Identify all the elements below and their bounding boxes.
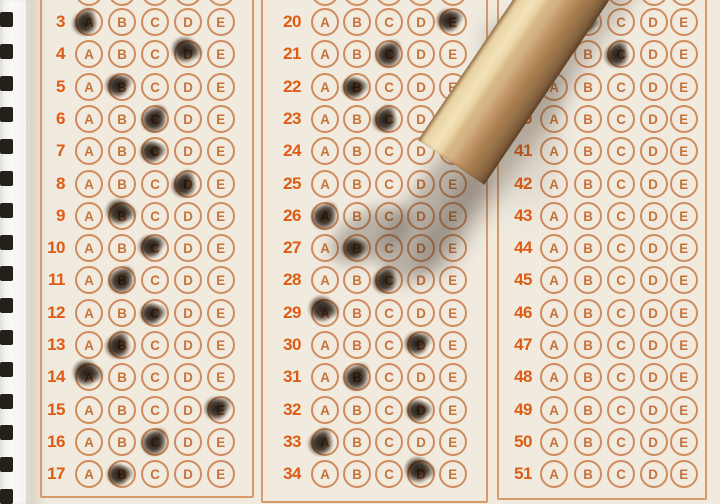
answer-sheet-photo: 3ABCDE4ABCDE5ABCDE6ABCDE7ABCDE8ABCDE9ABC…	[0, 0, 720, 504]
bubble-option-e: E	[439, 460, 467, 488]
bubble-letter: C	[384, 435, 394, 449]
bubble-option-d: D	[640, 428, 668, 456]
bubble-option-e: E	[670, 8, 698, 36]
question-number: 8	[19, 173, 65, 195]
bubble-letter: B	[352, 306, 362, 320]
bubble-letter: E	[680, 403, 689, 417]
bubble-letter: B	[583, 338, 593, 352]
bubble-letter: C	[616, 273, 626, 287]
bubble-letter: D	[649, 209, 659, 223]
bubble-option-c: C	[607, 170, 635, 198]
bubble-letter: B	[117, 403, 127, 417]
bubble-option-a: A	[540, 170, 568, 198]
bubble-letter: C	[616, 403, 626, 417]
bubble-option-b: B	[343, 8, 371, 36]
bubble-option-b: B	[343, 331, 371, 359]
bubble-letter: A	[549, 209, 559, 223]
bubble-option-b: B	[574, 234, 602, 262]
bubble-letter: C	[616, 15, 626, 29]
bubble-option-d: D	[640, 460, 668, 488]
bubble-option-b: B	[574, 202, 602, 230]
bubble-letter: B	[352, 338, 362, 352]
bubble-option-d: D	[174, 73, 202, 101]
bubble-letter: D	[649, 273, 659, 287]
question-number: 42	[486, 173, 532, 195]
bubble-letter: E	[217, 177, 226, 191]
bubble-option-b: B	[108, 105, 136, 133]
bubble-letter: B	[352, 112, 362, 126]
bubble-option-d: D	[640, 40, 668, 68]
bubble-option-c: C	[375, 137, 403, 165]
bubble-option-b: B	[108, 170, 136, 198]
question-number: 47	[486, 334, 532, 356]
bubble-letter: E	[217, 435, 226, 449]
bubble-letter: E	[449, 338, 458, 352]
bubble-letter: D	[183, 15, 193, 29]
bubble-letter: E	[217, 47, 226, 61]
question-number: 15	[19, 399, 65, 421]
bubble-option-c: C	[375, 8, 403, 36]
bubble-option-d: D	[640, 73, 668, 101]
bubble-letter: A	[84, 306, 94, 320]
question-number: 43	[486, 205, 532, 227]
bubble-letter: B	[583, 80, 593, 94]
bubble-letter: C	[150, 273, 160, 287]
bubble-option-e: E	[670, 202, 698, 230]
bubble-option-e: E	[207, 460, 235, 488]
question-number: 48	[486, 366, 532, 388]
question-number: 24	[255, 140, 301, 162]
question-number: 46	[486, 302, 532, 324]
bubble-option-b: B	[343, 299, 371, 327]
bubble-letter: A	[84, 144, 94, 158]
bubble-letter: D	[183, 338, 193, 352]
bubble-option-e: E	[207, 73, 235, 101]
question-number: 9	[19, 205, 65, 227]
bubble-option-d: D	[640, 234, 668, 262]
bubble-option-b: B	[343, 170, 371, 198]
question-number: 7	[19, 140, 65, 162]
bubble-option-b: B	[343, 396, 371, 424]
question-number: 30	[255, 334, 301, 356]
bubble-letter: C	[616, 306, 626, 320]
question-number: 21	[255, 43, 301, 65]
timing-mark	[0, 139, 13, 154]
bubble-option-c: C	[607, 73, 635, 101]
bubble-letter: D	[649, 177, 659, 191]
bubble-letter: B	[583, 306, 593, 320]
bubble-letter: C	[384, 338, 394, 352]
bubble-option-a: A	[540, 234, 568, 262]
bubble-option-a: A	[311, 137, 339, 165]
bubble-letter: D	[649, 47, 659, 61]
bubble-option-d: D	[174, 299, 202, 327]
bubble-letter: D	[416, 47, 426, 61]
bubble-option-a: A	[540, 396, 568, 424]
bubble-letter: C	[616, 435, 626, 449]
bubble-letter: A	[320, 403, 330, 417]
bubble-option-a: A	[311, 105, 339, 133]
bubble-option-a: A	[540, 105, 568, 133]
bubble-letter: A	[549, 112, 559, 126]
question-number: 32	[255, 399, 301, 421]
question-number: 49	[486, 399, 532, 421]
bubble-option-c: C	[141, 202, 169, 230]
bubble-option-e: E	[670, 105, 698, 133]
question-number: 17	[19, 463, 65, 485]
bubble-option-a: A	[311, 460, 339, 488]
bubble-letter: B	[117, 177, 127, 191]
bubble-option-e: E	[207, 202, 235, 230]
bubble-letter: D	[416, 435, 426, 449]
bubble-option-e: E	[439, 428, 467, 456]
bubble-letter: C	[150, 338, 160, 352]
bubble-option-d: D	[640, 266, 668, 294]
question-number: 34	[255, 463, 301, 485]
bubble-letter: B	[583, 467, 593, 481]
bubble-letter: A	[84, 403, 94, 417]
bubble-letter: C	[384, 467, 394, 481]
bubble-letter: B	[117, 112, 127, 126]
bubble-letter: A	[549, 177, 559, 191]
bubble-letter: B	[352, 144, 362, 158]
question-number: 51	[486, 463, 532, 485]
bubble-option-a: A	[311, 73, 339, 101]
bubble-letter: C	[616, 144, 626, 158]
bubble-letter: E	[449, 241, 458, 255]
question-number: 14	[19, 366, 65, 388]
bubble-option-d: D	[640, 331, 668, 359]
bubble-letter: E	[449, 306, 458, 320]
bubble-letter: A	[549, 338, 559, 352]
question-number: 50	[486, 431, 532, 453]
bubble-letter: D	[649, 338, 659, 352]
bubble-option-e: E	[207, 105, 235, 133]
bubble-letter: E	[217, 273, 226, 287]
bubble-option-a: A	[75, 105, 103, 133]
bubble-option-d: D	[640, 363, 668, 391]
bubble-letter: E	[680, 338, 689, 352]
bubble-letter: C	[150, 403, 160, 417]
bubble-option-c: C	[607, 428, 635, 456]
bubble-letter: B	[117, 15, 127, 29]
bubble-option-a: A	[75, 460, 103, 488]
bubble-option-a: A	[311, 331, 339, 359]
bubble-letter: D	[649, 370, 659, 384]
bubble-option-d: D	[640, 299, 668, 327]
timing-mark	[0, 107, 13, 122]
bubble-letter: E	[680, 273, 689, 287]
bubble-letter: C	[150, 80, 160, 94]
bubble-letter: A	[84, 80, 94, 94]
bubble-letter: C	[616, 209, 626, 223]
bubble-option-d: D	[174, 331, 202, 359]
bubble-letter: C	[150, 209, 160, 223]
timing-mark	[0, 171, 13, 186]
bubble-letter: B	[583, 144, 593, 158]
bubble-letter: B	[117, 435, 127, 449]
bubble-option-d: D	[640, 170, 668, 198]
bubble-option-b: B	[343, 105, 371, 133]
bubble-letter: A	[84, 273, 94, 287]
bubble-letter: D	[183, 209, 193, 223]
bubble-option-c: C	[141, 8, 169, 36]
bubble-letter: D	[416, 80, 426, 94]
bubble-letter: C	[616, 241, 626, 255]
bubble-option-a: A	[75, 202, 103, 230]
bubble-option-d: D	[174, 234, 202, 262]
bubble-letter: A	[549, 435, 559, 449]
bubble-option-e: E	[439, 331, 467, 359]
question-number: 16	[19, 431, 65, 453]
bubble-letter: D	[416, 370, 426, 384]
bubble-letter: E	[217, 467, 226, 481]
question-number: 31	[255, 366, 301, 388]
bubble-option-b: B	[574, 331, 602, 359]
bubble-option-e: E	[670, 137, 698, 165]
bubble-option-a: A	[75, 396, 103, 424]
bubble-option-a: A	[75, 234, 103, 262]
bubble-letter: E	[217, 370, 226, 384]
bubble-letter: C	[384, 306, 394, 320]
bubble-letter: E	[217, 80, 226, 94]
question-number: 10	[19, 237, 65, 259]
bubble-option-b: B	[108, 137, 136, 165]
bubble-option-e: E	[670, 331, 698, 359]
bubble-letter: D	[649, 306, 659, 320]
bubble-letter: B	[352, 15, 362, 29]
bubble-letter: D	[183, 80, 193, 94]
bubble-option-a: A	[311, 8, 339, 36]
bubble-letter: E	[449, 273, 458, 287]
bubble-letter: A	[320, 241, 330, 255]
question-number: 25	[255, 173, 301, 195]
bubble-option-a: A	[75, 137, 103, 165]
bubble-option-c: C	[375, 460, 403, 488]
bubble-option-d: D	[407, 8, 435, 36]
bubble-letter: E	[680, 467, 689, 481]
bubble-option-c: C	[141, 170, 169, 198]
timing-mark	[0, 266, 13, 281]
question-number: 26	[255, 205, 301, 227]
question-number: 44	[486, 237, 532, 259]
bubble-option-a: A	[311, 234, 339, 262]
bubble-letter: B	[352, 403, 362, 417]
question-number: 3	[19, 11, 65, 33]
bubble-option-a: A	[311, 396, 339, 424]
bubble-letter: C	[384, 403, 394, 417]
question-number: 22	[255, 76, 301, 98]
bubble-letter: A	[84, 47, 94, 61]
bubble-letter: A	[549, 370, 559, 384]
bubble-letter: D	[183, 435, 193, 449]
bubble-letter: D	[416, 306, 426, 320]
bubble-letter: E	[680, 47, 689, 61]
bubble-option-a: A	[75, 428, 103, 456]
bubble-letter: A	[549, 306, 559, 320]
bubble-letter: A	[84, 241, 94, 255]
bubble-letter: E	[680, 306, 689, 320]
bubble-option-b: B	[343, 428, 371, 456]
bubble-letter: E	[449, 435, 458, 449]
bubble-letter: C	[384, 370, 394, 384]
timing-mark	[0, 457, 13, 472]
bubble-option-b: B	[108, 396, 136, 424]
bubble-letter: A	[320, 112, 330, 126]
bubble-letter: B	[352, 209, 362, 223]
bubble-option-a: A	[540, 299, 568, 327]
bubble-option-b: B	[574, 299, 602, 327]
bubble-letter: E	[217, 338, 226, 352]
bubble-letter: B	[352, 435, 362, 449]
bubble-letter: B	[117, 370, 127, 384]
bubble-letter: C	[150, 370, 160, 384]
bubble-option-c: C	[141, 331, 169, 359]
bubble-option-e: E	[207, 137, 235, 165]
bubble-option-e: E	[207, 299, 235, 327]
question-number: 29	[255, 302, 301, 324]
timing-mark	[0, 298, 13, 313]
bubble-option-c: C	[607, 331, 635, 359]
bubble-option-e: E	[439, 299, 467, 327]
bubble-option-d: D	[640, 8, 668, 36]
timing-mark	[0, 330, 13, 345]
question-number: 13	[19, 334, 65, 356]
bubble-letter: A	[320, 144, 330, 158]
bubble-option-d: D	[174, 202, 202, 230]
question-number: 27	[255, 237, 301, 259]
bubble-letter: B	[583, 241, 593, 255]
bubble-option-b: B	[574, 137, 602, 165]
timing-mark	[0, 394, 13, 409]
bubble-letter: A	[549, 273, 559, 287]
bubble-option-e: E	[207, 428, 235, 456]
question-number: 28	[255, 269, 301, 291]
bubble-letter: D	[183, 403, 193, 417]
bubble-option-d: D	[640, 105, 668, 133]
bubble-option-d: D	[174, 428, 202, 456]
bubble-letter: D	[649, 435, 659, 449]
bubble-option-d: D	[407, 299, 435, 327]
bubble-option-c: C	[375, 428, 403, 456]
bubble-option-c: C	[375, 331, 403, 359]
question-number: 23	[255, 108, 301, 130]
bubble-letter: A	[549, 144, 559, 158]
bubble-option-d: D	[174, 396, 202, 424]
bubble-letter: B	[583, 435, 593, 449]
bubble-letter: A	[320, 47, 330, 61]
bubble-letter: D	[183, 144, 193, 158]
bubble-option-e: E	[670, 428, 698, 456]
bubble-letter: C	[616, 370, 626, 384]
bubble-letter: C	[384, 15, 394, 29]
bubble-letter: D	[649, 112, 659, 126]
bubble-letter: A	[84, 435, 94, 449]
bubble-letter: A	[320, 370, 330, 384]
bubble-option-c: C	[375, 73, 403, 101]
bubble-letter: A	[84, 112, 94, 126]
question-number: 45	[486, 269, 532, 291]
bubble-option-c: C	[141, 396, 169, 424]
bubble-letter: B	[117, 47, 127, 61]
bubble-option-d: D	[640, 396, 668, 424]
bubble-letter: A	[549, 467, 559, 481]
bubble-option-e: E	[670, 299, 698, 327]
bubble-letter: C	[384, 80, 394, 94]
bubble-letter: B	[583, 403, 593, 417]
timing-mark	[0, 362, 13, 377]
bubble-letter: A	[84, 209, 94, 223]
bubble-letter: B	[117, 144, 127, 158]
bubble-option-d: D	[640, 137, 668, 165]
bubble-option-c: C	[375, 299, 403, 327]
bubble-letter: E	[449, 370, 458, 384]
bubble-letter: B	[583, 370, 593, 384]
bubble-letter: C	[616, 467, 626, 481]
bubble-letter: A	[320, 467, 330, 481]
bubble-letter: B	[352, 467, 362, 481]
timing-mark	[0, 44, 13, 59]
bubble-option-a: A	[540, 331, 568, 359]
bubble-option-c: C	[141, 460, 169, 488]
bubble-letter: E	[680, 241, 689, 255]
bubble-letter: A	[320, 273, 330, 287]
bubble-option-a: A	[75, 170, 103, 198]
bubble-letter: E	[680, 80, 689, 94]
bubble-letter: D	[183, 370, 193, 384]
bubble-option-c: C	[607, 396, 635, 424]
bubble-letter: A	[84, 177, 94, 191]
bubble-option-a: A	[75, 299, 103, 327]
bubble-letter: D	[183, 306, 193, 320]
bubble-letter: A	[84, 338, 94, 352]
bubble-option-e: E	[670, 396, 698, 424]
bubble-letter: E	[680, 112, 689, 126]
bubble-option-c: C	[607, 137, 635, 165]
bubble-option-a: A	[311, 170, 339, 198]
timing-mark	[0, 12, 13, 27]
bubble-option-d: D	[174, 460, 202, 488]
bubble-option-e: E	[670, 234, 698, 262]
bubble-option-a: A	[540, 202, 568, 230]
bubble-letter: A	[320, 177, 330, 191]
bubble-letter: D	[183, 112, 193, 126]
bubble-letter: A	[84, 467, 94, 481]
bubble-letter: E	[449, 47, 458, 61]
bubble-option-a: A	[540, 460, 568, 488]
bubble-letter: E	[680, 177, 689, 191]
bubble-option-d: D	[174, 105, 202, 133]
bubble-option-c: C	[607, 105, 635, 133]
bubble-option-c: C	[607, 460, 635, 488]
bubble-option-d: D	[174, 137, 202, 165]
bubble-letter: D	[649, 144, 659, 158]
bubble-option-b: B	[343, 460, 371, 488]
bubble-letter: B	[352, 177, 362, 191]
bubble-letter: E	[217, 112, 226, 126]
bubble-letter: E	[680, 209, 689, 223]
bubble-letter: C	[616, 80, 626, 94]
bubble-option-b: B	[108, 8, 136, 36]
bubble-letter: A	[320, 338, 330, 352]
question-number: 12	[19, 302, 65, 324]
bubble-letter: B	[583, 209, 593, 223]
bubble-option-b: B	[574, 73, 602, 101]
bubble-letter: E	[680, 370, 689, 384]
bubble-option-c: C	[141, 73, 169, 101]
bubble-letter: D	[183, 467, 193, 481]
bubble-option-b: B	[343, 137, 371, 165]
